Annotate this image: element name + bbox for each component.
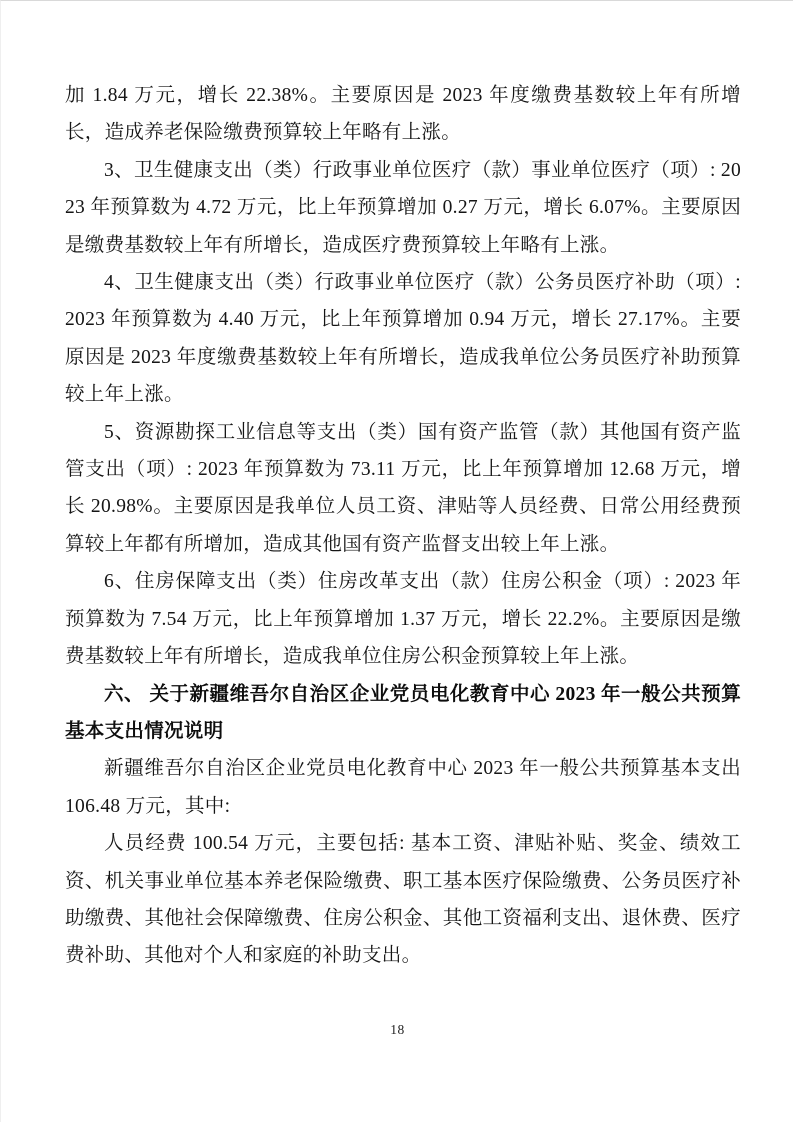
document-body: 加 1.84 万元，增长 22.38%。主要原因是 2023 年度缴费基数较上年… [65, 77, 741, 975]
page-number: 18 [1, 1022, 793, 1038]
paragraph-item-4-medical-subsidy: 4、卫生健康支出（类）行政事业单位医疗（款）公务员医疗补助（项）: 2023 年… [65, 264, 741, 414]
paragraph-personnel-expenses: 人员经费 100.54 万元，主要包括: 基本工资、津贴补贴、奖金、绩效工资、机… [65, 825, 741, 975]
paragraph-basic-expenditure-total: 新疆维吾尔自治区企业党员电化教育中心 2023 年一般公共预算基本支出 106.… [65, 750, 741, 825]
section-heading-basic-expenditure: 六、 关于新疆维吾尔自治区企业党员电化教育中心 2023 年一般公共预算基本支出… [65, 676, 741, 751]
paragraph-item-6-housing-fund: 6、住房保障支出（类）住房改革支出（款）住房公积金（项）: 2023 年预算数为… [65, 563, 741, 675]
paragraph-pension-continuation: 加 1.84 万元，增长 22.38%。主要原因是 2023 年度缴费基数较上年… [65, 77, 741, 152]
paragraph-item-5-state-asset-supervision: 5、资源勘探工业信息等支出（类）国有资产监管（款）其他国有资产监管支出（项）: … [65, 414, 741, 564]
document-page: 加 1.84 万元，增长 22.38%。主要原因是 2023 年度缴费基数较上年… [0, 0, 793, 1122]
paragraph-item-3-health-expenditure: 3、卫生健康支出（类）行政事业单位医疗（款）事业单位医疗（项）: 2023 年预… [65, 152, 741, 264]
